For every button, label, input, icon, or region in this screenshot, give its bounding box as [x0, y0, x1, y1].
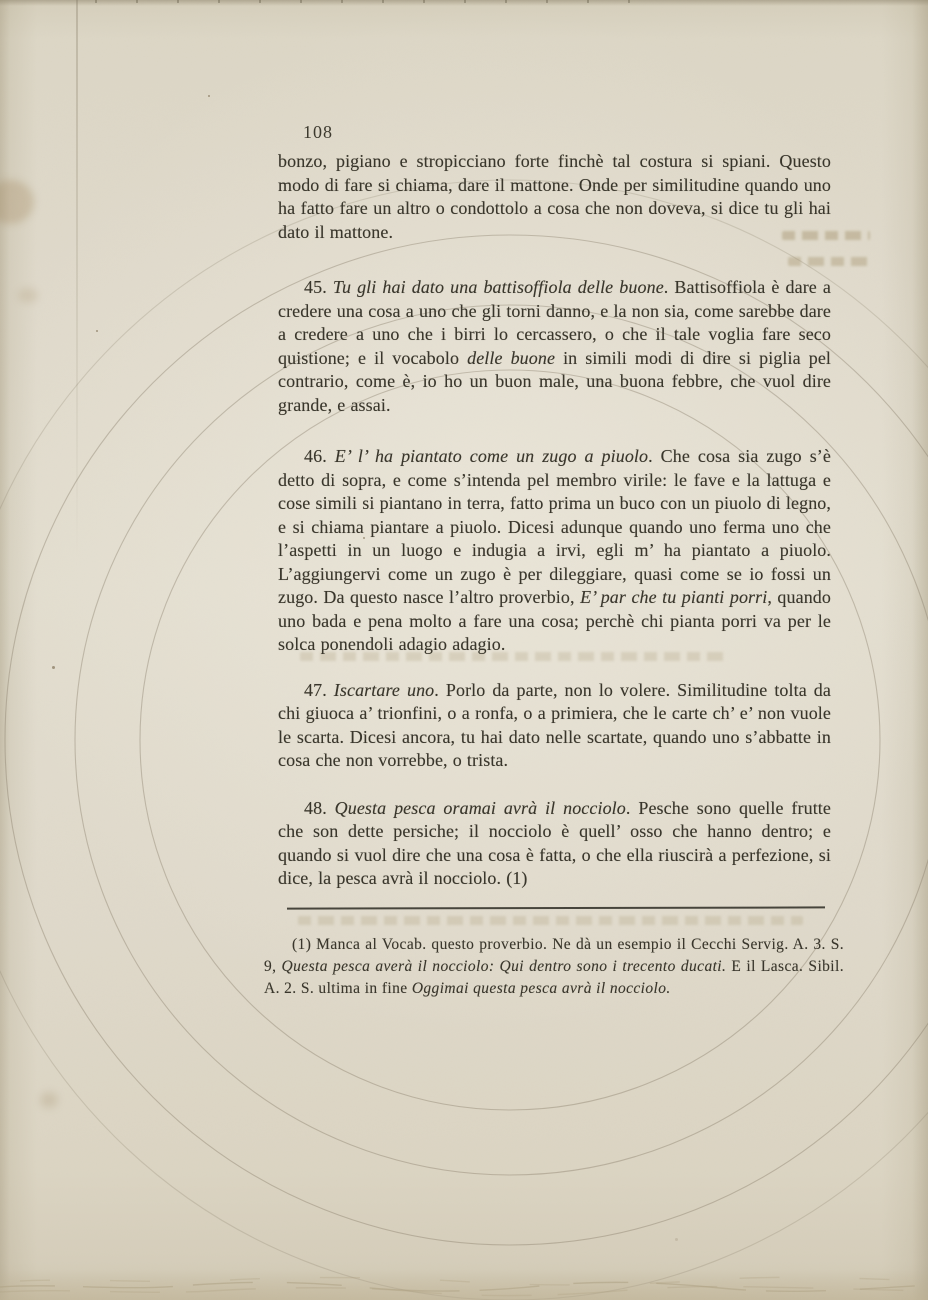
- paragraph-46: 46. E’ l’ ha piantato come un zugo a piu…: [278, 445, 831, 657]
- right-edge-shade: [912, 0, 928, 1300]
- paragraph-45: 45. Tu gli hai dato una battisoffiola de…: [278, 276, 831, 417]
- italic-text-segment: Tu gli hai dato una battisoffiola delle …: [333, 277, 664, 297]
- text-segment: . Che cosa sia zugo s’è detto di sopra, …: [278, 446, 831, 607]
- italic-text-segment: Questa pesca averà il nocciolo: Qui dent…: [282, 958, 727, 975]
- paper-stain: [0, 180, 34, 224]
- paragraph-47: 47. Iscartare uno. Porlo da parte, non l…: [278, 679, 831, 773]
- text-column: 108 bonzo, pigiano e stropicciano forte …: [278, 122, 831, 1000]
- text-segment: 48.: [304, 798, 335, 818]
- paper-speck: [208, 95, 210, 97]
- paper-stain: [40, 1092, 58, 1108]
- scanned-book-page: 108 bonzo, pigiano e stropicciano forte …: [0, 0, 928, 1300]
- top-edge-marks: [95, 0, 635, 3]
- italic-text-segment: Iscartare uno: [334, 680, 435, 700]
- page-top-edge: [0, 0, 928, 6]
- footnote-text: (1) Manca al Vocab. questo proverbio. Ne…: [264, 934, 844, 1000]
- page-number: 108: [303, 122, 831, 143]
- paragraph-44-continuation: bonzo, pigiano e stropicciano forte finc…: [278, 150, 831, 244]
- footnote-separator-rule: [287, 906, 825, 909]
- text-segment: 47.: [304, 680, 334, 700]
- italic-text-segment: E’ par che tu pianti porri: [580, 587, 767, 607]
- body-text: bonzo, pigiano e stropicciano forte finc…: [278, 150, 831, 891]
- text-segment: bonzo, pigiano e stropicciano forte finc…: [278, 151, 831, 242]
- paper-speck: [675, 1238, 678, 1241]
- text-segment: 46.: [304, 446, 335, 466]
- italic-text-segment: Questa pesca oramai avrà il nocciolo: [335, 798, 626, 818]
- italic-text-segment: Oggimai questa pesca avrà il nocciolo.: [412, 980, 671, 997]
- vertical-crease: [76, 0, 78, 560]
- paper-speck: [52, 666, 55, 669]
- italic-text-segment: delle buone: [467, 348, 555, 368]
- paper-speck: [96, 330, 98, 332]
- paragraph-48: 48. Questa pesca oramai avrà il nocciolo…: [278, 797, 831, 891]
- page-bottom-edge-shade: [0, 1270, 928, 1300]
- paper-stain: [18, 288, 38, 303]
- left-edge-shade: [0, 0, 10, 1300]
- italic-text-segment: E’ l’ ha piantato come un zugo a piuolo: [335, 446, 648, 466]
- text-segment: 45.: [304, 277, 333, 297]
